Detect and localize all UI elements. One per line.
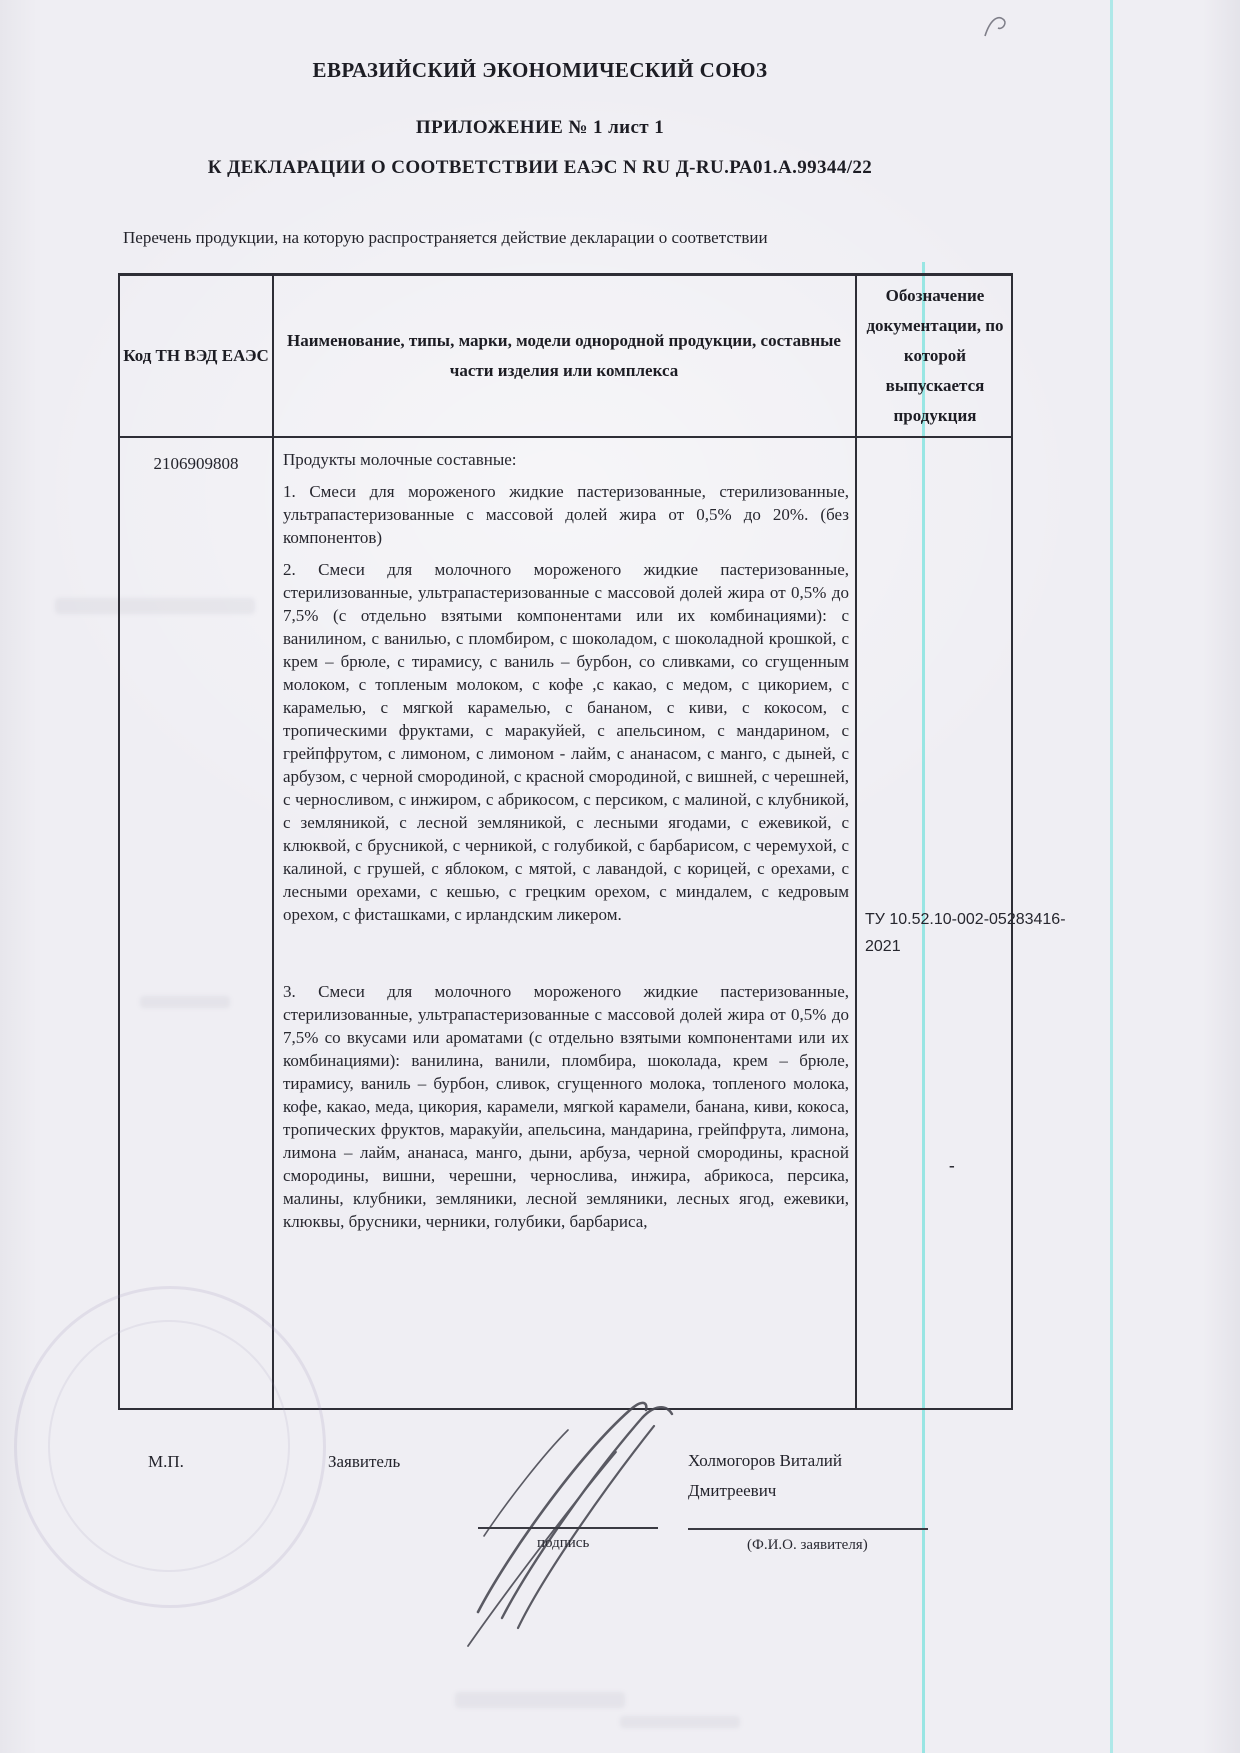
applicant-label: Заявитель (328, 1452, 400, 1472)
pen-mark-icon (982, 12, 1012, 46)
scanned-page: ЕВРАЗИЙСКИЙ ЭКОНОМИЧЕСКИЙ СОЮЗ ПРИЛОЖЕНИ… (0, 0, 1240, 1753)
applicant-name: Холмогоров Виталий Дмитреевич (688, 1446, 908, 1506)
union-title: ЕВРАЗИЙСКИЙ ЭКОНОМИЧЕСКИЙ СОЮЗ (0, 58, 1080, 83)
name-caption: (Ф.И.О. заявителя) (747, 1537, 868, 1554)
stamp-place-label: М.П. (148, 1452, 184, 1472)
doc-reference: ТУ 10.52.10-002-05283416-2021 (865, 906, 1093, 960)
doc-dash: - (949, 1156, 955, 1176)
annex-title: ПРИЛОЖЕНИЕ № 1 лист 1 (0, 117, 1080, 139)
products-table: Код ТН ВЭД ЕАЭС Наименование, типы, марк… (118, 273, 1013, 1410)
col-header-code: Код ТН ВЭД ЕАЭС (120, 276, 272, 436)
scan-smudge (455, 1692, 625, 1708)
name-line (688, 1528, 928, 1530)
col-header-docs: Обозначение документации, по которой вып… (857, 276, 1013, 436)
paragraph-1: 1. Смеси для мороженого жидкие пастеризо… (283, 480, 849, 549)
table-divider (272, 276, 274, 1408)
product-intro: Продукты молочные составные: (283, 448, 849, 471)
intro-text: Перечень продукции, на которую распростр… (123, 228, 983, 248)
paragraph-2: 2. Смеси для молочного мороженого жидкие… (283, 558, 849, 926)
signature-caption: подпись (537, 1535, 589, 1552)
scan-smudge (620, 1716, 740, 1728)
product-description-cell: Продукты молочные составные: 1. Смеси дл… (283, 448, 849, 1242)
code-cell: 2106909808 (120, 454, 272, 474)
signature-scribble (448, 1396, 698, 1656)
col-header-name: Наименование, типы, марки, модели одноро… (278, 276, 850, 436)
signature-line (478, 1527, 658, 1529)
paragraph-3: 3. Смеси для молочного мороженого жидкие… (283, 980, 849, 1233)
documentation-cell: ТУ 10.52.10-002-05283416-2021 - (857, 438, 1013, 1413)
declaration-number-line: К ДЕКЛАРАЦИИ О СООТВЕТСТВИИ ЕАЭС N RU Д-… (0, 157, 1080, 179)
scan-artifact-line-right (1110, 0, 1113, 1753)
